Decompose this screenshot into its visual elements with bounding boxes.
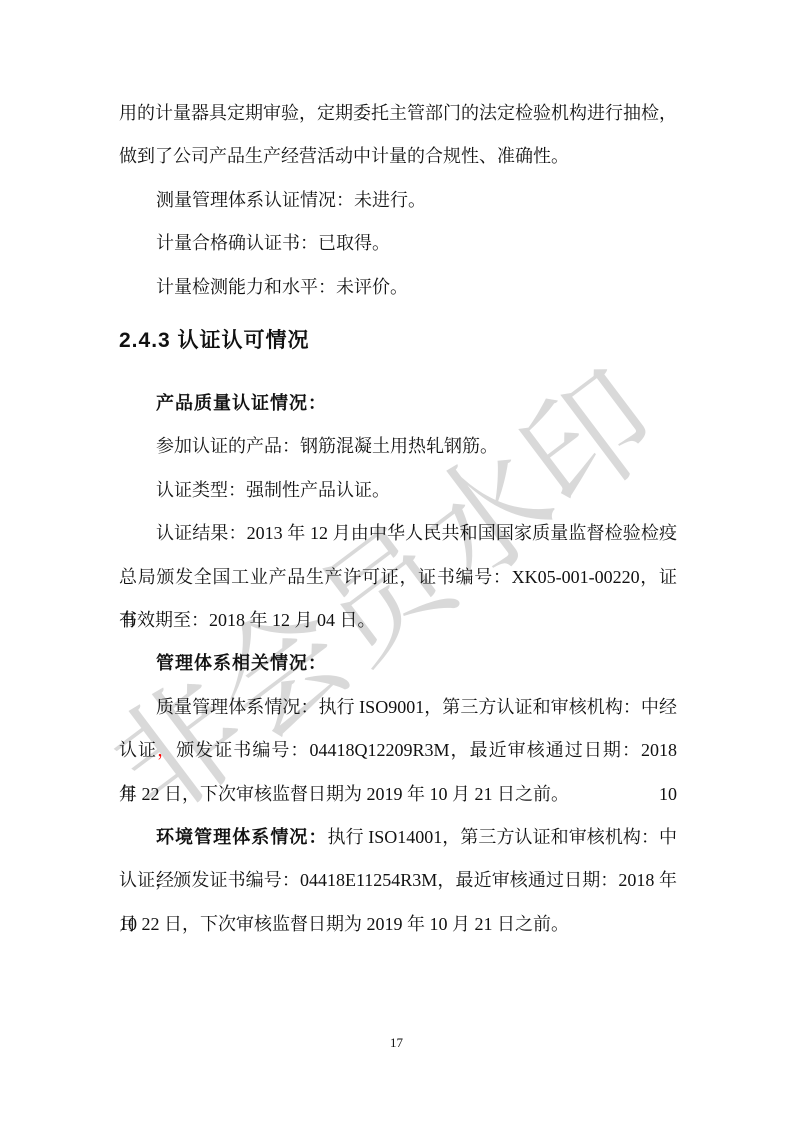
paragraph-line: 认证，颁发证书编号：04418E11254R3M，最近审核通过日期：2018 年…: [119, 859, 677, 902]
paragraph-line: 认证结果：2013 年 12 月由中华人民共和国国家质量监督检验检疫: [119, 512, 677, 555]
env-system-label: 环境管理体系情况：: [156, 827, 328, 847]
paragraph-line: 用的计量器具定期审验，定期委托主管部门的法定检验机构进行抽检，: [119, 92, 677, 135]
paragraph-line: 计量合格确认证书：已取得。: [119, 222, 677, 265]
subsection-title-management-system: 管理体系相关情况：: [119, 642, 677, 685]
paragraph-line: 做到了公司产品生产经营活动中计量的合规性、准确性。: [119, 135, 677, 178]
paragraph-line: 计量检测能力和水平：未评价。: [119, 266, 677, 309]
paragraph-line: 质量管理体系情况：执行 ISO9001，第三方认证和审核机构：中经: [119, 686, 677, 729]
paragraph-line: 环境管理体系情况：执行 ISO14001，第三方认证和审核机构：中经: [119, 816, 677, 859]
paragraph-line: 月 22 日，下次审核监督日期为 2019 年 10 月 21 日之前。: [119, 903, 677, 946]
text-segment: 认证: [119, 740, 157, 760]
section-heading: 2.4.3 认证认可情况: [119, 324, 310, 358]
red-comma: ，: [157, 740, 176, 760]
subsection-title-product-quality: 产品质量认证情况：: [119, 382, 677, 425]
paragraph-line: 总局颁发全国工业产品生产许可证，证书编号：XK05-001-00220，证书: [119, 556, 677, 599]
paragraph-line: 认证，颁发证书编号：04418Q12209R3M，最近审核通过日期：2018 年…: [119, 729, 677, 772]
document-page: 非会员水印 用的计量器具定期审验，定期委托主管部门的法定检验机构进行抽检， 做到…: [0, 0, 793, 1122]
page-number: 17: [0, 1034, 793, 1052]
paragraph-line: 参加认证的产品：钢筋混凝土用热轧钢筋。: [119, 425, 677, 468]
paragraph-line: 认证类型：强制性产品认证。: [119, 469, 677, 512]
paragraph-line: 有效期至：2018 年 12 月 04 日。: [119, 599, 677, 642]
paragraph-line: 测量管理体系认证情况：未进行。: [119, 179, 677, 222]
